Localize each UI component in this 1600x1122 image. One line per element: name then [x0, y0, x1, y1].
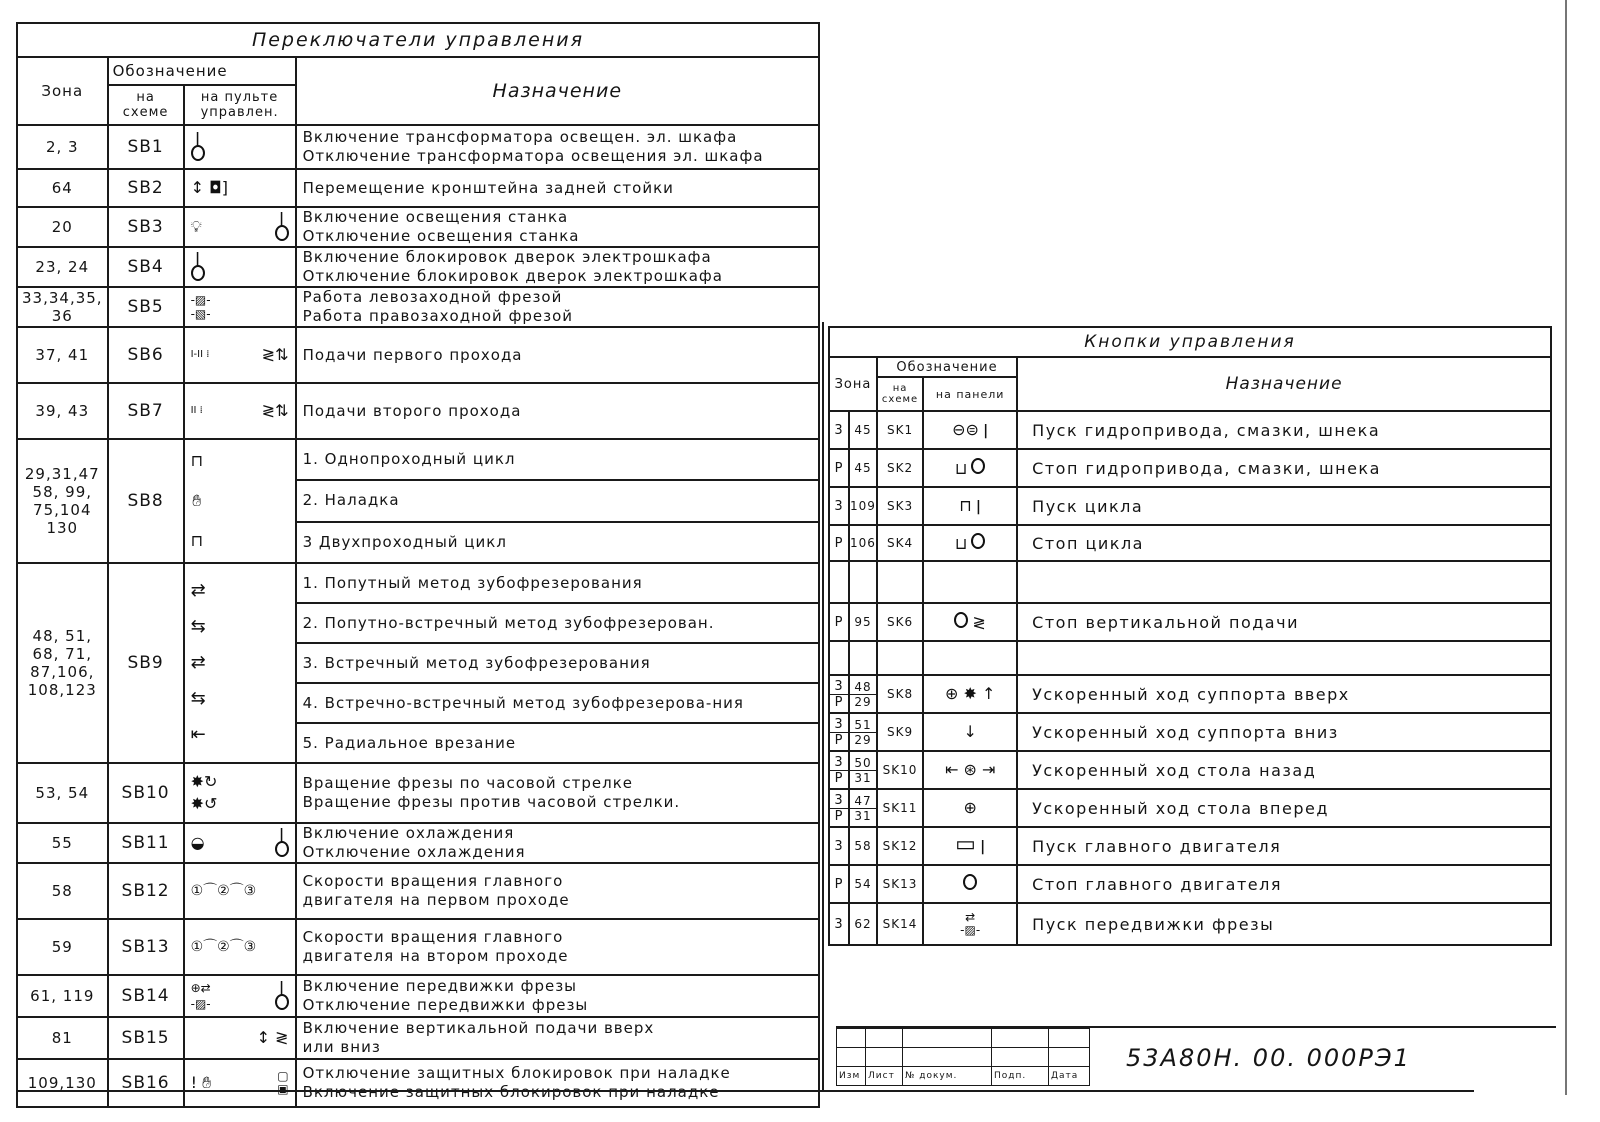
zone-cell: 81: [17, 1017, 108, 1059]
start-icon: |: [976, 502, 981, 513]
vertical-feed-icon: ↕ ≷: [257, 1030, 289, 1046]
zone-cell: 3Р: [829, 675, 849, 713]
scheme-code: SB3: [108, 207, 184, 247]
description-line: Работа левозаходной фрезой: [303, 288, 814, 307]
scheme-code: SB15: [108, 1017, 184, 1059]
bracket-move-icon: ↕ ◘]: [191, 180, 228, 196]
purpose-cell: Стоп главного двигателя: [1017, 865, 1551, 903]
feed-icon: I-II ⁞: [191, 347, 210, 363]
description-line: Включение освещения станка: [303, 208, 814, 227]
panel-symbol: ①⌒②⌒③: [184, 863, 296, 919]
description-line: Подачи второго прохода: [303, 402, 814, 421]
header-on-scheme: на схеме: [108, 85, 184, 125]
zone-cell: 23, 24: [17, 247, 108, 287]
description-line: 1. Однопроходный цикл: [303, 440, 814, 479]
description-line: Вращение фрезы по часовой стрелке: [303, 774, 814, 793]
zone-cell: 33,34,35, 36: [17, 287, 108, 327]
zone-cell: 59: [17, 919, 108, 975]
purpose-cell: Стоп цикла: [1017, 525, 1551, 561]
buttons-title: Кнопки управления: [829, 327, 1551, 357]
panel-symbol: 💡︎|: [184, 207, 296, 247]
document-number: 53А80Н. 00. 000РЭ1: [1126, 1044, 1411, 1072]
purpose-cell: Включение охлажденияОтключение охлаждени…: [296, 823, 819, 863]
description-line: двигателя на первом проходе: [303, 891, 814, 910]
switches-table: Переключатели управления Зона Обозначени…: [16, 22, 820, 1108]
panel-symbol: ▭ |: [923, 827, 1017, 865]
description-line: 3 Двухпроходный цикл: [297, 521, 820, 562]
header-zone: Зона: [17, 57, 108, 125]
scheme-code: SB12: [108, 863, 184, 919]
panel-symbol: [923, 561, 1017, 603]
milling-method-icon: ⇄⇆⇄⇆⇤: [191, 573, 206, 753]
purpose-cell: [1017, 641, 1551, 675]
button-row: [829, 641, 1551, 675]
switch-row: 59SB13①⌒②⌒③Скорости вращения главногодви…: [17, 919, 819, 975]
panel-symbol: ! ✋︎▢▣: [184, 1059, 296, 1107]
panel-symbol: ≷: [923, 603, 1017, 641]
zone-cell: 29,31,47 58, 99, 75,104 130: [17, 439, 108, 563]
zone-number-cell: 4829: [849, 675, 877, 713]
button-row: 358SK12▭ |Пуск главного двигателя: [829, 827, 1551, 865]
panel-symbol: ⊓ |: [923, 487, 1017, 525]
panel-symbol: ⊔: [923, 525, 1017, 561]
header-purpose: Назначение: [296, 57, 819, 125]
zone-cell: 61, 119: [17, 975, 108, 1017]
coolant-icon: ◒: [191, 835, 205, 851]
description-line: Отключение передвижки фрезы: [303, 996, 814, 1015]
purpose-cell: Пуск главного двигателя: [1017, 827, 1551, 865]
scheme-code: SK9: [877, 713, 923, 751]
zone-cell: 55: [17, 823, 108, 863]
zone-cell: Р: [829, 449, 849, 487]
switch-row: 64SB2↕ ◘]Перемещение кронштейна задней с…: [17, 169, 819, 207]
header-zone: Зона: [829, 357, 877, 411]
panel-symbol: ⇄⇆⇄⇆⇤: [184, 563, 296, 763]
purpose-cell: Скорости вращения главногодвигателя на в…: [296, 919, 819, 975]
panel-symbol: ⇤ ⊛ ⇥: [923, 751, 1017, 789]
stamp-label: Изм: [837, 1067, 866, 1086]
switch-row: 20SB3💡︎|Включение освещения станкаОтключ…: [17, 207, 819, 247]
description-line: Отключение охлаждения: [303, 843, 814, 862]
scheme-code: SB6: [108, 327, 184, 383]
panel-symbol: ✸↻✸↺: [184, 763, 296, 823]
description-line: Подачи первого прохода: [303, 346, 814, 365]
switch-row: 81SB15↕ ≷Включение вертикальной подачи в…: [17, 1017, 819, 1059]
scheme-code: SK10: [877, 751, 923, 789]
purpose-cell: [1017, 561, 1551, 603]
zone-number-cell: 106: [849, 525, 877, 561]
purpose-cell: Перемещение кронштейна задней стойки: [296, 169, 819, 207]
stamp-label: Дата: [1049, 1067, 1090, 1086]
panel-symbol: [923, 641, 1017, 675]
lamp-icon: 💡︎: [191, 219, 202, 235]
scheme-code: SK2: [877, 449, 923, 487]
zone-cell: 53, 54: [17, 763, 108, 823]
purpose-cell: Работа левозаходной фрезойРабота правоза…: [296, 287, 819, 327]
on-off-icon: |: [191, 254, 205, 281]
zone-number-cell: 54: [849, 865, 877, 903]
switch-row: 61, 119SB14⊕⇄-▨-|Включение передвижки фр…: [17, 975, 819, 1017]
zone-cell: 3Р: [829, 713, 849, 751]
description-line: Включение блокировок дверок электрошкафа: [303, 248, 814, 267]
scheme-code: SB10: [108, 763, 184, 823]
table-back-icon: ⇤ ⊛ ⇥: [945, 762, 995, 778]
description-line: Отключение защитных блокировок при налад…: [303, 1064, 814, 1083]
description-line: 4. Встречно-встречный метод зубофрезеров…: [297, 682, 820, 722]
button-row: 3Р5129SK9↓Ускоренный ход суппорта вниз: [829, 713, 1551, 751]
zone-number-cell: 5031: [849, 751, 877, 789]
cycle-icon: ⊓: [959, 498, 971, 514]
revision-grid: ИзмЛист№ докум.Подп.Дата: [836, 1028, 1090, 1086]
zone-cell: 3: [829, 411, 849, 449]
description-line: двигателя на втором проходе: [303, 947, 814, 966]
on-off-icon: |: [191, 134, 205, 161]
switch-row: 55SB11◒|Включение охлажденияОтключение о…: [17, 823, 819, 863]
button-row: 3109SK3⊓ |Пуск цикла: [829, 487, 1551, 525]
scheme-code: SB5: [108, 287, 184, 327]
panel-symbol: II ⁞≷⇅: [184, 383, 296, 439]
panel-symbol: ⊔: [923, 449, 1017, 487]
zone-number-cell: 109: [849, 487, 877, 525]
description-line: Отключение трансформатора освещения эл. …: [303, 147, 814, 166]
scheme-code: SB7: [108, 383, 184, 439]
header-on-panel: на панели: [923, 377, 1017, 411]
scheme-code: SB1: [108, 125, 184, 169]
button-row: Р45SK2⊔ Стоп гидропривода, смазки, шнека: [829, 449, 1551, 487]
description-line: Перемещение кронштейна задней стойки: [303, 179, 814, 198]
button-row: Р54SK13Стоп главного двигателя: [829, 865, 1551, 903]
panel-symbol: -▨--▧-: [184, 287, 296, 327]
zone-number-cell: 5129: [849, 713, 877, 751]
zone-cell: 3: [829, 487, 849, 525]
purpose-cell: Ускоренный ход суппорта вверх: [1017, 675, 1551, 713]
button-row: [829, 561, 1551, 603]
panel-symbol: ↕ ≷: [184, 1017, 296, 1059]
description-line: 2. Попутно-встречный метод зубофрезерова…: [297, 602, 820, 642]
scheme-code: SB4: [108, 247, 184, 287]
panel-symbol: ⊓✋︎⊓: [184, 439, 296, 563]
purpose-cell: Ускоренный ход стола вперед: [1017, 789, 1551, 827]
switch-row: 37, 41SB6I-II ⁞≷⇅Подачи первого прохода: [17, 327, 819, 383]
cutter-icon: -▨--▧-: [191, 293, 211, 321]
purpose-cell: Пуск цикла: [1017, 487, 1551, 525]
stamp-label: Лист: [866, 1067, 903, 1086]
purpose-cell: Отключение защитных блокировок при налад…: [296, 1059, 819, 1107]
description-line: Вращение фрезы против часовой стрелки.: [303, 793, 814, 812]
zone-cell: 37, 41: [17, 327, 108, 383]
zone-number-cell: [849, 641, 877, 675]
header-designation: Обозначение: [877, 357, 1017, 377]
panel-symbol: ⇄-▨-: [923, 903, 1017, 945]
purpose-cell: Включение освещения станкаОтключение осв…: [296, 207, 819, 247]
speed-selector-icon: ①⌒②⌒③: [191, 939, 257, 955]
scheme-code: SK6: [877, 603, 923, 641]
description-line: или вниз: [303, 1038, 814, 1057]
switch-row: 2, 3SB1|Включение трансформатора освещен…: [17, 125, 819, 169]
auger-icon: ⊔: [955, 461, 967, 477]
scheme-code: SK11: [877, 789, 923, 827]
button-row: 3Р4829SK8⊕ ✸ ↑Ускоренный ход суппорта вв…: [829, 675, 1551, 713]
header-designation: Обозначение: [108, 57, 296, 85]
scheme-code: SB16: [108, 1059, 184, 1107]
description-line: Отключение блокировок дверок электрошкаф…: [303, 267, 814, 286]
button-row: 3Р5031SK10⇤ ⊛ ⇥Ускоренный ход стола наза…: [829, 751, 1551, 789]
on-off-icon: |: [275, 214, 289, 241]
panel-symbol: ↕ ◘]: [184, 169, 296, 207]
scheme-code: SB11: [108, 823, 184, 863]
panel-symbol: ⊕⇄-▨-|: [184, 975, 296, 1017]
panel-symbol: ⊖⊜ |: [923, 411, 1017, 449]
stop-icon: [963, 874, 977, 890]
cycle-icon: ⊔: [955, 536, 967, 552]
zone-number-cell: 45: [849, 411, 877, 449]
vertical-feed-icon: ≷: [973, 615, 986, 631]
purpose-cell: Подачи первого прохода: [296, 327, 819, 383]
switch-row: 29,31,47 58, 99, 75,104 130SB8⊓✋︎⊓1. Одн…: [17, 439, 819, 563]
panel-symbol: ↓: [923, 713, 1017, 751]
zone-cell: 48, 51, 68, 71, 87,106, 108,123: [17, 563, 108, 763]
purpose-cell: Подачи второго прохода: [296, 383, 819, 439]
button-row: 3Р4731SK11⊕Ускоренный ход стола вперед: [829, 789, 1551, 827]
button-row: Р106SK4⊔ Стоп цикла: [829, 525, 1551, 561]
zone-cell: 58: [17, 863, 108, 919]
scheme-code: [877, 561, 923, 603]
description-line: Включение охлаждения: [303, 824, 814, 843]
lock-icon: ▢▣: [277, 1070, 288, 1096]
switch-row: 33,34,35, 36SB5-▨--▧-Работа левозаходной…: [17, 287, 819, 327]
switch-row: 53, 54SB10✸↻✸↺Вращение фрезы по часовой …: [17, 763, 819, 823]
description-line: Включение передвижки фрезы: [303, 977, 814, 996]
panel-symbol: I-II ⁞≷⇅: [184, 327, 296, 383]
stop-icon: [971, 458, 985, 474]
description-line: Отключение освещения станка: [303, 227, 814, 246]
purpose-cell: Ускоренный ход суппорта вниз: [1017, 713, 1551, 751]
zone-number-cell: 4731: [849, 789, 877, 827]
purpose-cell: Включение трансформатора освещен. эл. шк…: [296, 125, 819, 169]
feed-arrows-icon: ≷⇅: [262, 403, 289, 419]
zone-cell: 64: [17, 169, 108, 207]
zone-cell: Р: [829, 865, 849, 903]
zone-cell: 3: [829, 827, 849, 865]
cycle-icon: ⊓✋︎⊓: [191, 441, 203, 561]
scheme-code: [877, 641, 923, 675]
zone-cell: 3: [829, 903, 849, 945]
purpose-cell: Стоп вертикальной подачи: [1017, 603, 1551, 641]
description-line: Работа правозаходной фрезой: [303, 307, 814, 326]
on-off-icon: |: [275, 983, 289, 1010]
stop-icon: [971, 533, 985, 549]
cutter-shift-icon: ⇄-▨-: [960, 911, 980, 937]
scheme-code: SK13: [877, 865, 923, 903]
stop-icon: [954, 612, 968, 628]
description-line: 3. Встречный метод зубофрезерования: [297, 642, 820, 682]
purpose-cell: Вращение фрезы по часовой стрелкеВращени…: [296, 763, 819, 823]
scheme-code: SB2: [108, 169, 184, 207]
rapid-up-icon: ⊕ ✸ ↑: [945, 686, 995, 702]
panel-symbol: ⊕ ✸ ↑: [923, 675, 1017, 713]
description-line: Включение защитных блокировок при наладк…: [303, 1083, 814, 1102]
header-on-scheme: на схеме: [877, 377, 923, 411]
panel-symbol: [923, 865, 1017, 903]
scheme-code: SK8: [877, 675, 923, 713]
feed-arrows-icon: ≷⇅: [262, 347, 289, 363]
zone-cell: [829, 641, 849, 675]
scheme-code: SB8: [108, 439, 184, 563]
switch-row: 58SB12①⌒②⌒③Скорости вращения главногодви…: [17, 863, 819, 919]
speed-selector-icon: ①⌒②⌒③: [191, 883, 257, 899]
scheme-code: SB14: [108, 975, 184, 1017]
purpose-cell: Включение вертикальной подачи вверхили в…: [296, 1017, 819, 1059]
interlock-icon: ! ✋︎: [191, 1075, 212, 1091]
zone-number-cell: 95: [849, 603, 877, 641]
zone-cell: [829, 561, 849, 603]
start-icon: |: [983, 426, 988, 437]
button-row: 345SK1⊖⊜ |Пуск гидропривода, смазки, шне…: [829, 411, 1551, 449]
description-line: 2. Наладка: [297, 479, 820, 520]
switch-row: 109,130SB16! ✋︎▢▣Отключение защитных бло…: [17, 1059, 819, 1107]
header-on-panel: на пульте управлен.: [184, 85, 296, 125]
panel-symbol: |: [184, 125, 296, 169]
zone-number-cell: 45: [849, 449, 877, 487]
purpose-cell: 1. Попутный метод зубофрезерования2. Поп…: [296, 563, 819, 763]
feed-icon: II ⁞: [191, 403, 203, 419]
zone-number-cell: [849, 561, 877, 603]
scheme-code: SB13: [108, 919, 184, 975]
buttons-table: Кнопки управления Зона Обозначение Назна…: [828, 326, 1552, 946]
panel-symbol: ◒|: [184, 823, 296, 863]
zone-cell: 3Р: [829, 789, 849, 827]
header-purpose: Назначение: [1017, 357, 1551, 411]
purpose-cell: Пуск гидропривода, смазки, шнека: [1017, 411, 1551, 449]
rotation-icon: ✸↻✸↺: [191, 771, 218, 815]
button-row: Р95SK6 ≷Стоп вертикальной подачи: [829, 603, 1551, 641]
zone-number-cell: 58: [849, 827, 877, 865]
purpose-cell: 1. Однопроходный цикл2. Наладка3 Двухпро…: [296, 439, 819, 563]
title-block: ИзмЛист№ докум.Подп.Дата 53А80Н. 00. 000…: [836, 1026, 1556, 1090]
description-line: 1. Попутный метод зубофрезерования: [303, 564, 814, 602]
zone-number-cell: 62: [849, 903, 877, 945]
switches-title: Переключатели управления: [17, 23, 819, 57]
scheme-code: SK14: [877, 903, 923, 945]
stamp-label: Подп.: [992, 1067, 1049, 1086]
switch-row: 39, 43SB7II ⁞≷⇅Подачи второго прохода: [17, 383, 819, 439]
button-row: 362SK14⇄-▨-Пуск передвижки фрезы: [829, 903, 1551, 945]
scheme-code: SB9: [108, 563, 184, 763]
purpose-cell: Включение блокировок дверок электрошкафа…: [296, 247, 819, 287]
on-off-icon: |: [275, 830, 289, 857]
shift-icon: ⊕⇄-▨-: [191, 980, 211, 1012]
description-line: Включение вертикальной подачи вверх: [303, 1019, 814, 1038]
stamp-label: № докум.: [903, 1067, 992, 1086]
zone-cell: 109,130: [17, 1059, 108, 1107]
purpose-cell: Стоп гидропривода, смазки, шнека: [1017, 449, 1551, 487]
zone-cell: Р: [829, 525, 849, 561]
zone-cell: Р: [829, 603, 849, 641]
zone-cell: 20: [17, 207, 108, 247]
scheme-code: SK1: [877, 411, 923, 449]
description-line: Скорости вращения главного: [303, 872, 814, 891]
panel-symbol: ⊕: [923, 789, 1017, 827]
switch-row: 23, 24SB4|Включение блокировок дверок эл…: [17, 247, 819, 287]
purpose-cell: Пуск передвижки фрезы: [1017, 903, 1551, 945]
description-line: 5. Радиальное врезание: [297, 722, 820, 762]
purpose-cell: Ускоренный ход стола назад: [1017, 751, 1551, 789]
description-line: Скорости вращения главного: [303, 928, 814, 947]
description-line: Включение трансформатора освещен. эл. шк…: [303, 128, 814, 147]
start-icon: |: [980, 842, 985, 853]
scheme-code: SK12: [877, 827, 923, 865]
scheme-code: SK4: [877, 525, 923, 561]
purpose-cell: Включение передвижки фрезыОтключение пер…: [296, 975, 819, 1017]
hydraulic-lube-icon: ⊖⊜: [952, 422, 979, 438]
table-forward-icon: ⊕: [963, 800, 976, 816]
switch-row: 48, 51, 68, 71, 87,106, 108,123SB9⇄⇆⇄⇆⇤1…: [17, 563, 819, 763]
panel-symbol: ①⌒②⌒③: [184, 919, 296, 975]
panel-symbol: |: [184, 247, 296, 287]
rapid-down-icon: ↓: [963, 724, 976, 740]
purpose-cell: Скорости вращения главногодвигателя на п…: [296, 863, 819, 919]
motor-icon: ▭: [955, 837, 976, 853]
zone-cell: 39, 43: [17, 383, 108, 439]
zone-cell: 2, 3: [17, 125, 108, 169]
zone-cell: 3Р: [829, 751, 849, 789]
scheme-code: SK3: [877, 487, 923, 525]
